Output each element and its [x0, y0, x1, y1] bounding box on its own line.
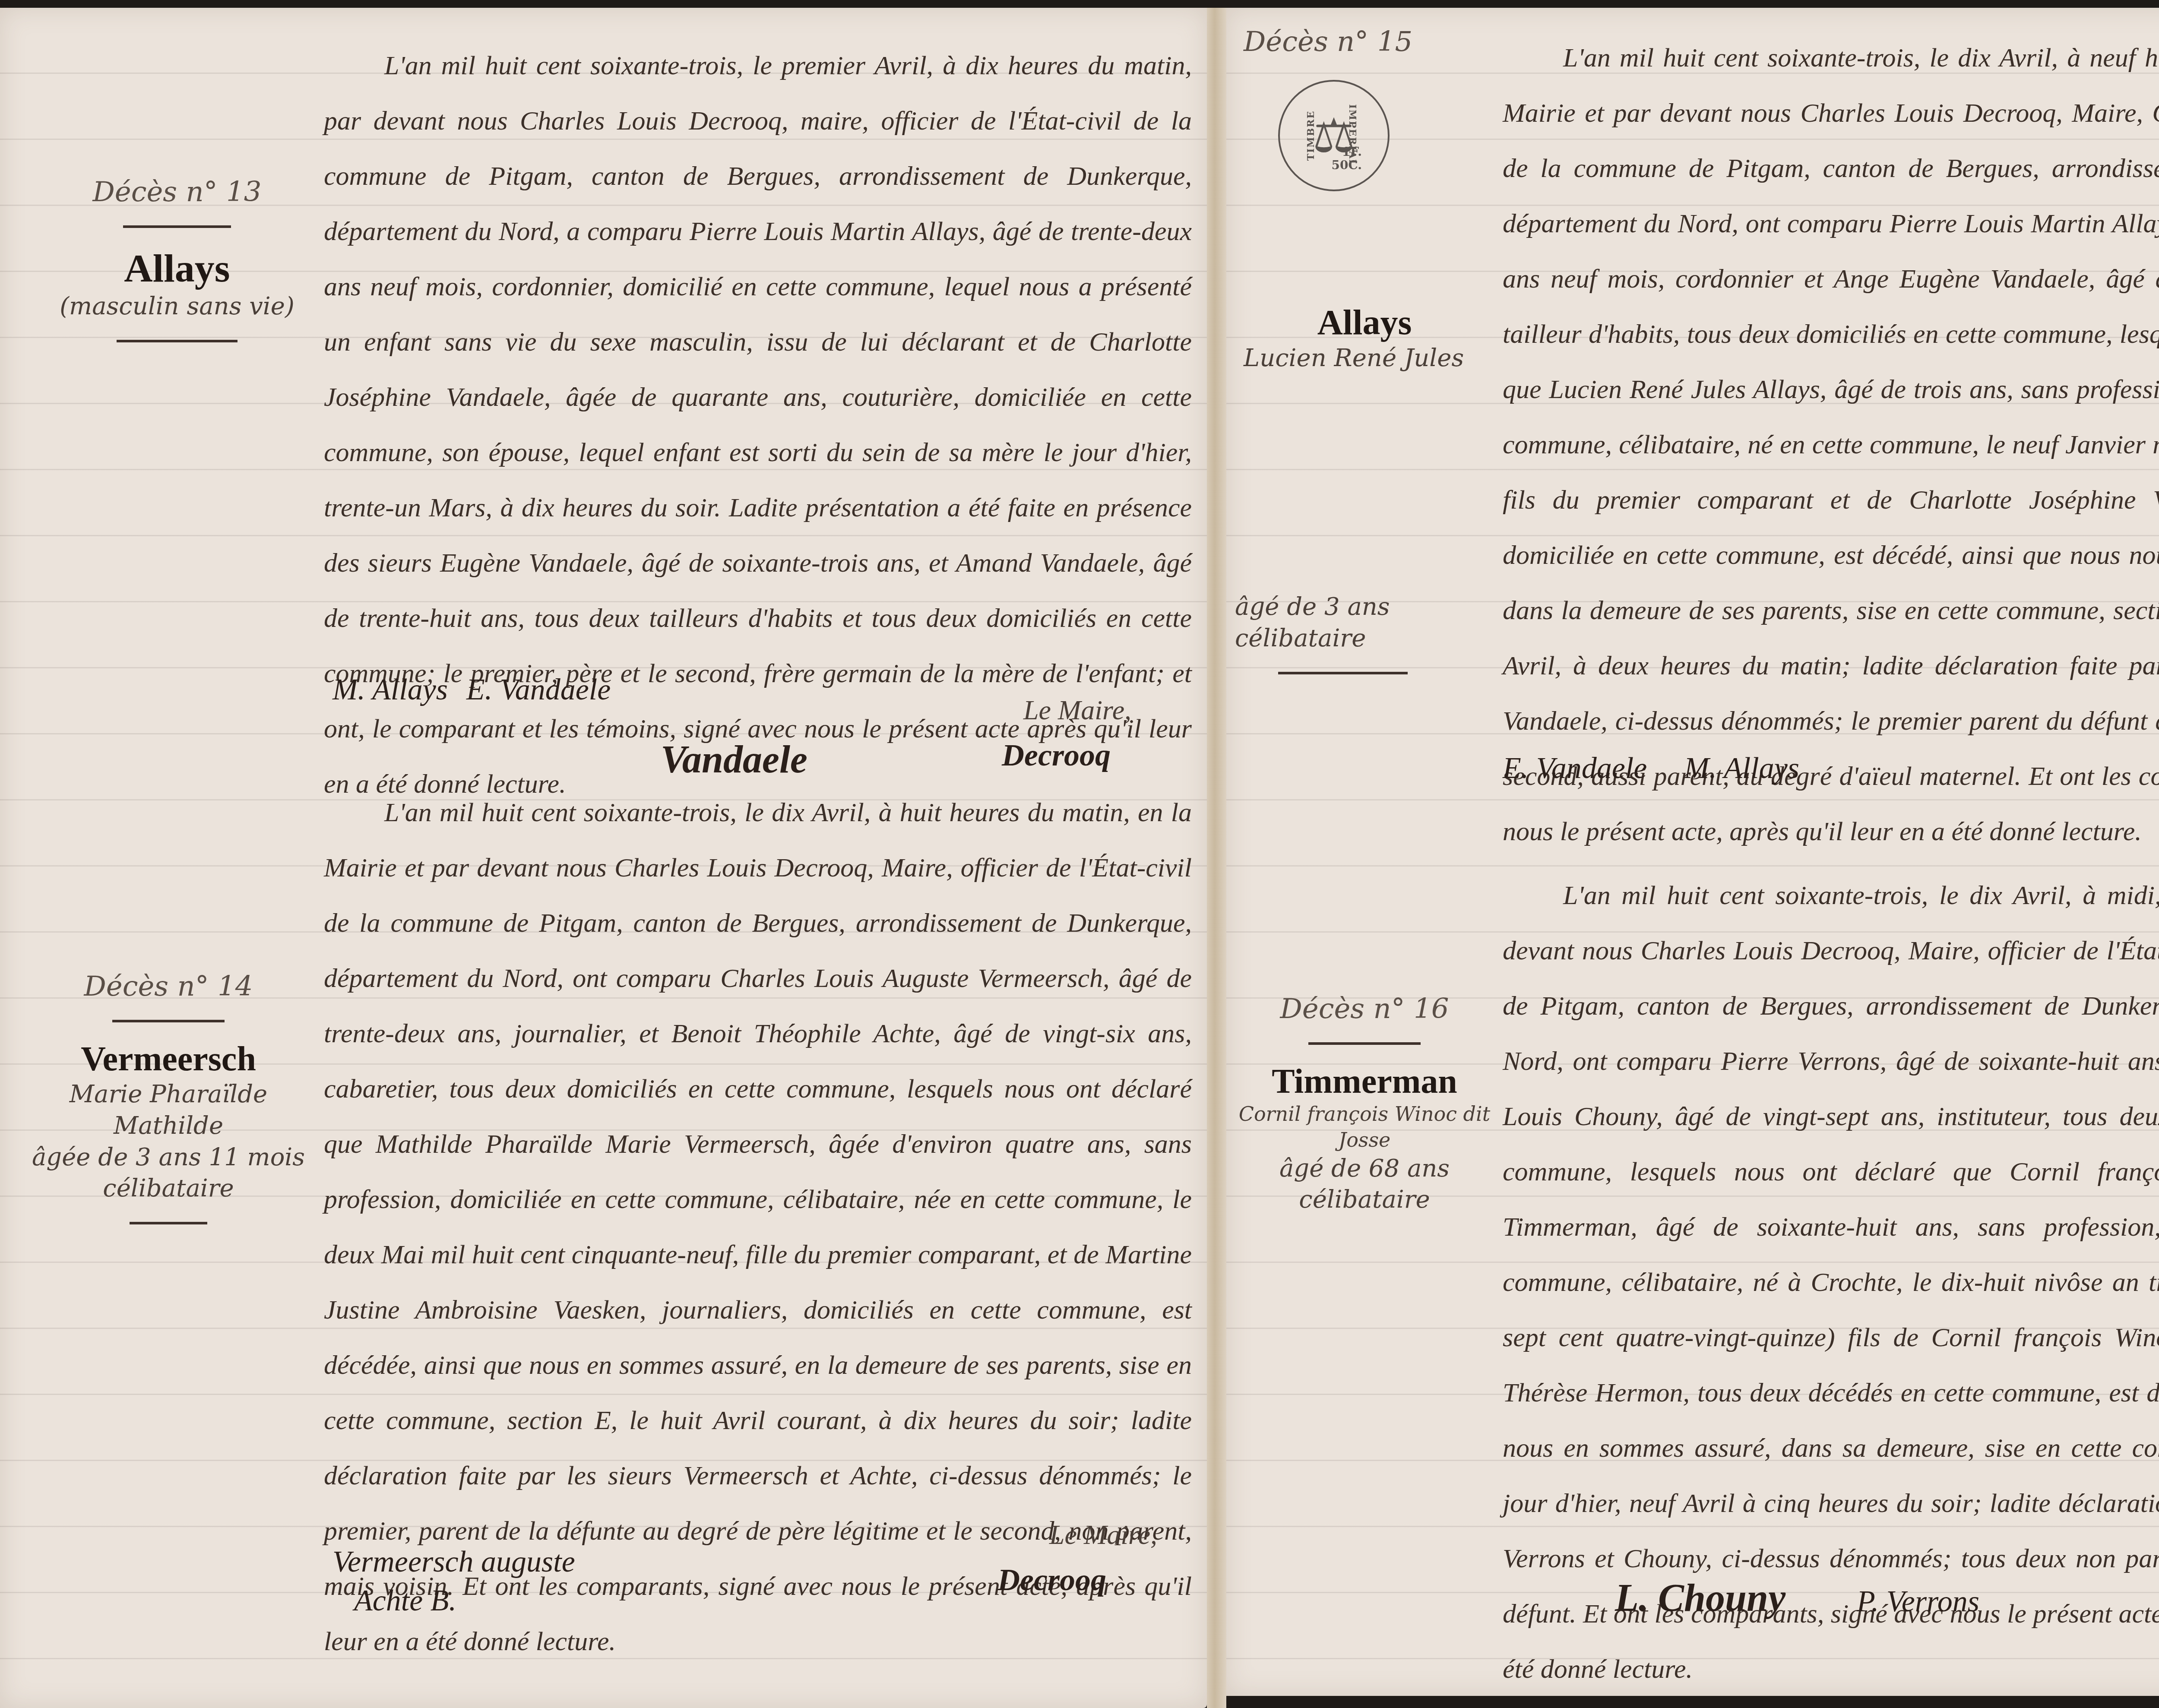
signature: L. Chouny — [1615, 1576, 1785, 1620]
entry-subline: (masculin sans vie) — [26, 291, 328, 323]
maire-label: Le Maire, — [1049, 1519, 1157, 1551]
entry-given-names: Cornil françois Winoc dit Josse — [1235, 1101, 1494, 1153]
entry-surname: Vermeersch — [13, 1040, 324, 1079]
entry-heading: Décès n° 16 — [1235, 993, 1494, 1025]
entry-status: célibataire — [13, 1173, 324, 1205]
entry-text: L'an mil huit cent soixante-trois, le di… — [1503, 30, 2159, 859]
maire-label: Le Maire, — [1023, 694, 1131, 726]
entry-15-body: L'an mil huit cent soixante-trois, le di… — [1503, 30, 2159, 859]
signature: M. Allays — [332, 673, 448, 707]
margin-entry-14: Décès n° 14 Vermeersch Marie Pharaïlde M… — [13, 971, 324, 1242]
book-gutter — [1207, 8, 1226, 1708]
entry-age: âgée de 3 ans 11 mois — [13, 1142, 324, 1173]
entry-surname: Allays — [26, 245, 328, 291]
entry-heading: Décès n° 13 — [26, 176, 328, 208]
margin-entry-15-name: Allays Lucien René Jules — [1244, 302, 1485, 374]
margin-entry-15-details: âgé de 3 ans célibataire — [1235, 591, 1477, 692]
divider — [112, 1020, 225, 1022]
margin-entry-15: Décès n° 15 — [1244, 26, 1485, 58]
signature: Vermeersch auguste — [332, 1545, 575, 1579]
stamp-price: 1F. 50C. — [1331, 145, 1362, 172]
entry-surname: Allays — [1244, 302, 1485, 343]
maire-signature: Decrooq — [997, 1562, 1106, 1598]
stamp-francs: 1F. — [1342, 145, 1362, 159]
entry-16-signatures: L. Chouny P. Verrons Le Maire, Decrooq — [1503, 1550, 2159, 1680]
divider — [117, 340, 237, 342]
timbre-imperial-stamp: TIMBRE ⚖ IMPERIAL 1F. 50C. — [1278, 80, 1390, 191]
divider — [1278, 672, 1408, 674]
entry-age: âgé de 68 ans — [1235, 1153, 1494, 1185]
stamp-text-left: TIMBRE — [1305, 111, 1317, 161]
entry-given-names: Lucien René Jules — [1244, 343, 1485, 374]
entry-15-signatures: E. Vandaele M. Allays Le Maire, Decrooq — [1503, 751, 2159, 859]
divider — [1308, 1042, 1421, 1045]
stamp-cents: 50C. — [1331, 158, 1362, 172]
left-page: Décès n° 13 Allays (masculin sans vie) L… — [0, 8, 1207, 1708]
entry-given-names: Marie Pharaïlde Mathilde — [13, 1079, 324, 1142]
entry-surname: Timmerman — [1235, 1062, 1494, 1101]
signature: E. Vandaele — [1503, 751, 1647, 786]
entry-status: célibataire — [1235, 623, 1477, 655]
entry-status: célibataire — [1235, 1184, 1494, 1216]
divider — [130, 1222, 207, 1224]
entry-heading: Décès n° 15 — [1244, 26, 1485, 58]
signature: M. Allays — [1684, 751, 1799, 786]
signature: P. Verrons — [1857, 1585, 1979, 1619]
entry-14-signatures: Vermeersch auguste Achte B. Le Maire, De… — [324, 1545, 1192, 1687]
signature: Achte B. — [354, 1584, 456, 1618]
divider — [123, 225, 231, 228]
entry-age: âgé de 3 ans — [1235, 591, 1477, 623]
signature: Vandaele — [661, 737, 807, 782]
entry-heading: Décès n° 14 — [13, 971, 324, 1003]
maire-signature: Decrooq — [1002, 737, 1111, 773]
signature: E. Vandaele — [466, 673, 611, 707]
margin-entry-16: Décès n° 16 Timmerman Cornil françois Wi… — [1235, 993, 1494, 1216]
margin-entry-13: Décès n° 13 Allays (masculin sans vie) — [26, 176, 328, 360]
